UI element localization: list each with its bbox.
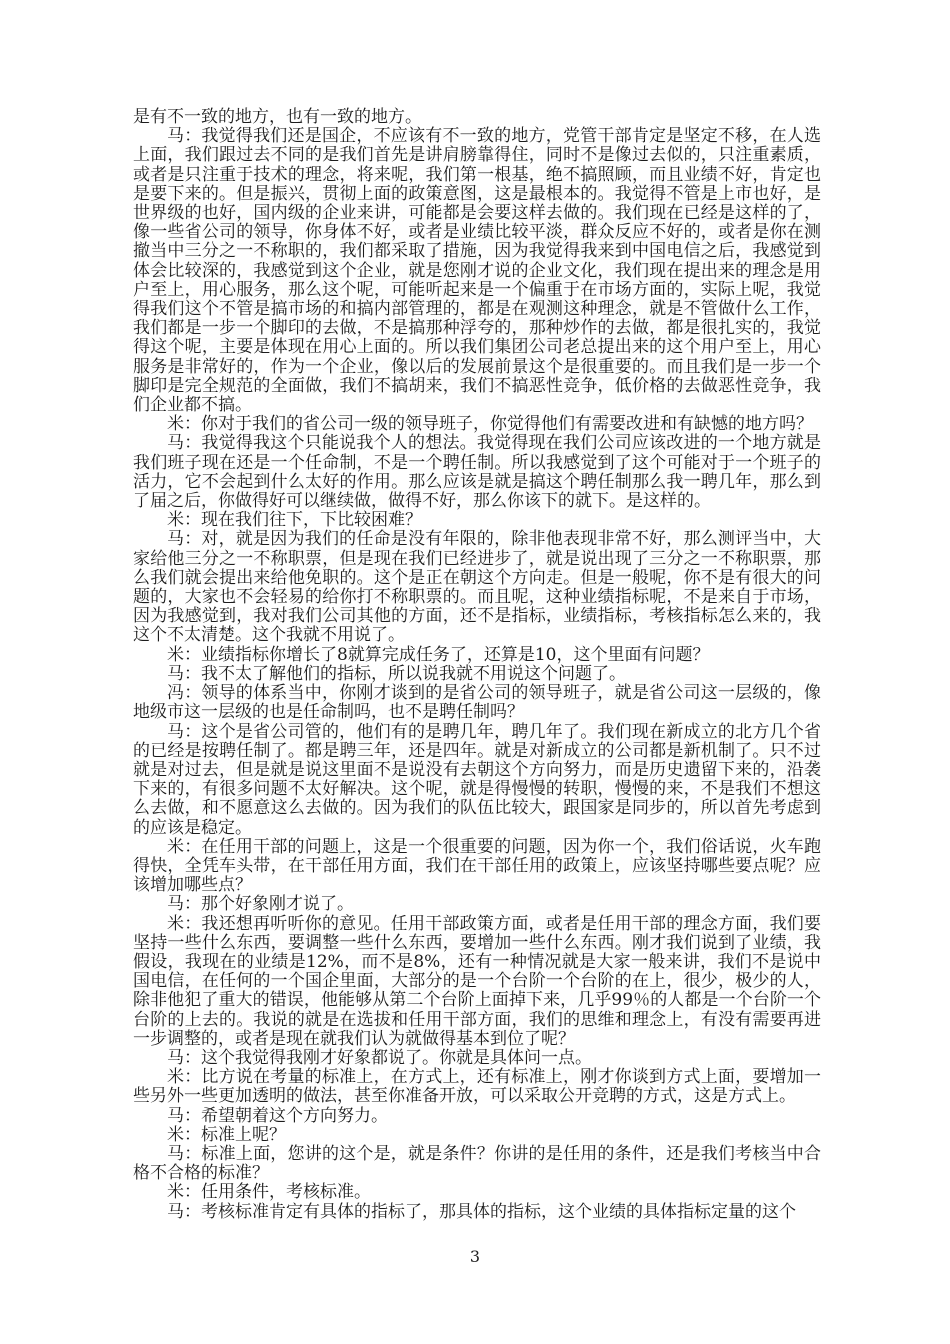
paragraph: 米：现在我们往下，下比较困难？ [133,511,821,530]
paragraph: 马：这个是省公司管的，他们有的是聘几年，聘几年了。我们现在新成立的北方几个省的已… [133,723,821,838]
document-body: 是有不一致的地方，也有一致的地方。马：我觉得我们还是国企，不应该有不一致的地方，… [133,108,821,1222]
document-page: 是有不一致的地方，也有一致的地方。马：我觉得我们还是国企，不应该有不一致的地方，… [0,0,950,1344]
paragraph: 马：对，就是因为我们的任命是没有年限的，除非他表现非常不好，那么测评当中，大家给… [133,530,821,645]
paragraph: 米：业绩指标你增长了8就算完成任务了，还算是10，这个里面有问题？ [133,646,821,665]
paragraph: 米：标准上呢？ [133,1126,821,1145]
paragraph: 马：考核标准肯定有具体的指标了，那具体的指标，这个业绩的具体指标定量的这个 [133,1203,821,1222]
paragraph: 马：我觉得我们还是国企，不应该有不一致的地方，党管干部肯定是坚定不移，在人选上面… [133,127,821,415]
paragraph: 马：那个好象刚才说了。 [133,895,821,914]
paragraph: 是有不一致的地方，也有一致的地方。 [133,108,821,127]
paragraph: 米：比方说在考量的标准上，在方式上，还有标准上，刚才你谈到方式上面，要增加一些另… [133,1068,821,1106]
paragraph: 马：我不太了解他们的指标，所以说我就不用说这个问题了。 [133,665,821,684]
paragraph: 马：标准上面，您讲的这个是，就是条件？你讲的是任用的条件，还是我们考核当中合格不… [133,1145,821,1183]
paragraph: 米：在任用干部的问题上，这是一个很重要的问题，因为你一个，我们俗话说，火车跑得快… [133,838,821,896]
paragraph: 马：希望朝着这个方向努力。 [133,1107,821,1126]
page-number: 3 [0,1247,950,1266]
paragraph: 冯：领导的体系当中，你刚才谈到的是省公司的领导班子，就是省公司这一层级的，像地级… [133,684,821,722]
paragraph: 马：这个我觉得我刚才好象都说了。你就是具体问一点。 [133,1049,821,1068]
paragraph: 马：我觉得我这个只能说我个人的想法。我觉得现在我们公司应该改进的一个地方就是我们… [133,434,821,511]
paragraph: 米：任用条件，考核标准。 [133,1183,821,1202]
paragraph: 米：我还想再听听你的意见。任用干部政策方面，或者是任用干部的理念方面，我们要坚持… [133,915,821,1049]
paragraph: 米：你对于我们的省公司一级的领导班子，你觉得他们有需要改进和有缺憾的地方吗？ [133,415,821,434]
